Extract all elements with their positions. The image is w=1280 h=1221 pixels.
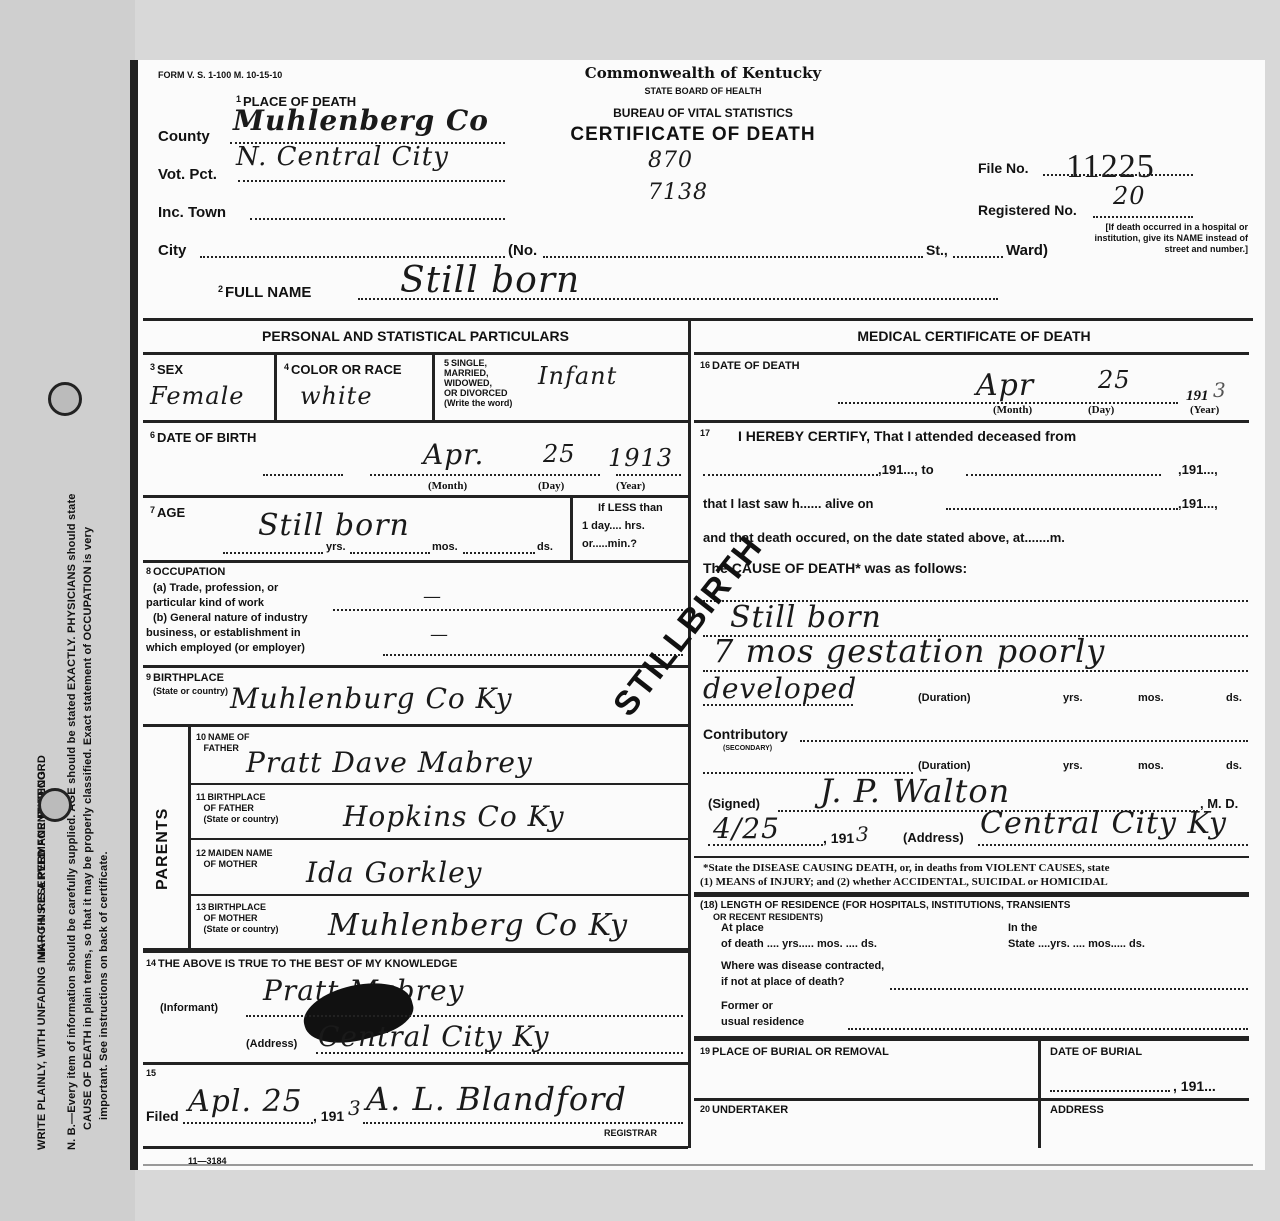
handwritten-number-2: 7138 [648, 180, 708, 205]
certificate-title: CERTIFICATE OF DEATH [528, 124, 858, 146]
instructions-line-1: N. B.—Every item of information should b… [66, 493, 78, 1150]
instructions-line-2: CAUSE OF DEATH in plain terms, so that i… [82, 527, 94, 1130]
color-race-label: 4COLOR OR RACE [284, 362, 402, 377]
sex-label: 3SEX [150, 362, 183, 377]
personal-heading: PERSONAL AND STATISTICAL PARTICULARS [143, 328, 688, 344]
occupation-label: 8OCCUPATION [146, 566, 225, 578]
undertaker-label: 20UNDERTAKER [700, 1104, 788, 1116]
divider [190, 783, 688, 785]
divider [143, 420, 688, 423]
year-caption: (Year) [1190, 404, 1219, 416]
street-line[interactable] [543, 256, 923, 258]
divider [570, 497, 573, 560]
binding-margin: MARGIN RESERVED FOR BINDING WRITE PLAINL… [0, 0, 135, 1221]
mother-maiden-name-value: Ida Gorkley [306, 856, 483, 889]
column-divider [688, 318, 691, 1148]
date-of-death-month: Apr [976, 368, 1034, 403]
ds-caption-2: ds. [1226, 760, 1242, 772]
burial-date-line[interactable] [1050, 1090, 1170, 1092]
sex-value: Female [150, 382, 245, 410]
divider [143, 948, 688, 953]
dob-year: 1913 [608, 444, 673, 472]
cause-footnote-2: (1) MEANS of INJURY; and (2) whether ACC… [700, 876, 1108, 888]
divider [190, 894, 688, 896]
divider [143, 665, 688, 668]
attended-from-year: ,191..., to [878, 462, 934, 477]
filed-label: Filed [146, 1108, 179, 1124]
attended-to-year: ,191..., [1178, 462, 1218, 477]
occupation-a-line[interactable] [333, 609, 683, 611]
occupation-b-value: — [430, 624, 449, 645]
registrar-label: REGISTRAR [604, 1128, 657, 1138]
informant-label: (Informant) [160, 1002, 218, 1014]
divider [694, 1036, 1249, 1041]
filed-date-value: Apl. 25 [188, 1084, 303, 1119]
month-caption: (Month) [993, 404, 1032, 416]
yrs-caption: yrs. [1063, 692, 1083, 704]
vot-pct-line[interactable] [238, 180, 505, 182]
burial-date-label: DATE OF BURIAL [1050, 1046, 1142, 1058]
handwritten-number-1: 870 [648, 148, 693, 173]
cause-footnote-1: *State the DISEASE CAUSING DEATH, or, in… [703, 862, 1109, 874]
residence-heading-2: OR RECENT RESIDENTS) [713, 912, 823, 922]
former-residence-line[interactable] [848, 1028, 1248, 1030]
in-the-label: In the [1008, 922, 1037, 934]
ward-line[interactable] [953, 256, 1003, 258]
full-name-label: 2FULL NAME [218, 284, 311, 301]
signed-date: 4/25 [713, 812, 780, 845]
dob-line[interactable] [263, 474, 343, 476]
divider-top [143, 318, 1253, 321]
dob-month: Apr. [423, 438, 484, 471]
minutes-label: or.....min.? [582, 538, 637, 550]
color-race-value: white [300, 382, 373, 410]
parents-label: PARENTS [154, 808, 172, 890]
burial-date-year: , 191... [1173, 1078, 1216, 1094]
occupation-a-label: (a) Trade, profession, or [153, 582, 278, 594]
physician-signature: J. P. Walton [820, 772, 1010, 810]
county-label: County [158, 128, 210, 145]
undertaker-address-label: ADDRESS [1050, 1104, 1104, 1116]
street-no-label: (No. [508, 242, 537, 259]
attended-from-line[interactable] [703, 474, 878, 476]
age-ds-line[interactable] [463, 552, 535, 554]
filed-year-suffix: 3 [348, 1096, 362, 1120]
last-saw-alive-line[interactable] [946, 508, 1178, 510]
punch-hole-top [48, 382, 82, 416]
registrar-signature: A. L. Blandford [366, 1080, 627, 1118]
mother-birthplace-label: 13BIRTHPLACE OF MOTHER (State or country… [196, 902, 279, 935]
registered-no-line [1093, 216, 1193, 218]
divider [694, 856, 1249, 858]
ds-caption: ds. [537, 541, 553, 553]
dob-year-line[interactable] [616, 474, 681, 476]
duration-line[interactable] [703, 704, 853, 706]
contributory-line[interactable] [800, 740, 1248, 742]
marital-status-value: Infant [538, 362, 617, 390]
instructions-line-3: important. See instructions on back of c… [98, 851, 110, 1120]
mother-maiden-name-label: 12MAIDEN NAME OF MOTHER [196, 848, 273, 870]
residence-heading: (18) LENGTH OF RESIDENCE (FOR HOSPITALS,… [700, 900, 1070, 911]
occupation-b-label: (b) General nature of industry [153, 612, 308, 624]
divider [143, 724, 688, 727]
certify-statement: I HEREBY CERTIFY, That I attended deceas… [738, 428, 1076, 444]
last-saw-alive-year: ,191..., [1178, 496, 1218, 511]
at-place-of-death-duration: of death .... yrs..... mos. .... ds. [721, 938, 877, 950]
date-of-death-label: 16DATE OF DEATH [700, 360, 800, 372]
city-label: City [158, 242, 186, 259]
vot-pct-value: N. Central City [236, 142, 449, 172]
inc-town-label: Inc. Town [158, 204, 226, 221]
file-no-line [1043, 174, 1193, 176]
hospital-note: [If death occurred in a hospital or inst… [1083, 222, 1248, 255]
date-of-death-year-suffix: 3 [1213, 378, 1227, 402]
date-of-death-day: 25 [1098, 366, 1131, 394]
informant-address-label: (Address) [246, 1038, 297, 1050]
registrar-line[interactable] [363, 1122, 683, 1124]
divider [694, 420, 1249, 423]
marital-status-label: 5SINGLE, MARRIED, WIDOWED, OR DIVORCED (… [444, 358, 512, 408]
commonwealth-title: Commonwealth of Kentucky [578, 64, 828, 82]
in-state-duration: State ....yrs. .... mos..... ds. [1008, 938, 1145, 950]
county-value: Muhlenberg Co [233, 104, 489, 137]
birthplace-label: 9BIRTHPLACE [146, 672, 224, 684]
duration-label-2: (Duration) [918, 760, 971, 772]
state-board-title: STATE BOARD OF HEALTH [578, 86, 828, 96]
father-birthplace-label: 11BIRTHPLACE OF FATHER (State or country… [196, 792, 279, 825]
divider [143, 352, 688, 355]
divider [143, 495, 688, 498]
inc-town-line[interactable] [250, 218, 505, 220]
signed-year-suffix: 3 [856, 822, 870, 846]
registered-no-value: 20 [1113, 182, 1146, 210]
divider [432, 354, 435, 420]
day-caption: (Day) [1088, 404, 1114, 416]
city-line[interactable] [200, 256, 505, 258]
filed-date-line[interactable] [183, 1122, 313, 1124]
cause-of-death-line-2: 7 mos gestation poorly [713, 632, 1105, 670]
medical-heading: MEDICAL CERTIFICATE OF DEATH [694, 328, 1254, 344]
physician-address-value: Central City Ky [980, 806, 1227, 841]
informant-address-value: Central City Ky [318, 1020, 550, 1053]
registered-no-label: Registered No. [978, 202, 1077, 218]
where-contracted-label-2: if not at place of death? [721, 976, 844, 988]
bureau-title: BUREAU OF VITAL STATISTICS [558, 106, 848, 120]
ds-caption: ds. [1226, 692, 1242, 704]
physician-address-label: (Address) [903, 830, 964, 845]
age-label: 7AGE [150, 505, 185, 520]
less-than-day-label: If LESS than [598, 502, 663, 514]
yrs-caption-2: yrs. [1063, 760, 1083, 772]
file-no-value: 11225 [1066, 148, 1155, 186]
file-no-label: File No. [978, 160, 1029, 176]
mother-birthplace-value: Muhlenberg Co Ky [328, 908, 628, 943]
mos-caption: mos. [1138, 692, 1164, 704]
signed-label: (Signed) [708, 796, 760, 811]
divider [694, 892, 1249, 897]
street-label: St., [926, 242, 948, 258]
burial-place-label: 19PLACE OF BURIAL OR REMOVAL [700, 1046, 889, 1058]
divider [1038, 1040, 1041, 1148]
occupation-b-line[interactable] [383, 654, 683, 656]
vot-pct-label: Vot. Pct. [158, 166, 217, 183]
ward-label: Ward) [1006, 242, 1048, 259]
age-mos-line[interactable] [350, 552, 430, 554]
month-caption: (Month) [428, 480, 467, 492]
secondary-label: (SECONDARY) [723, 745, 772, 752]
occupation-a-value: — [423, 586, 442, 607]
cause-of-death-line-1: Still born [730, 600, 882, 635]
physician-address-line[interactable] [978, 844, 1248, 846]
yrs-caption: yrs. [326, 541, 346, 553]
full-name-value: Still born [400, 260, 580, 301]
birthplace-value: Muhlenburg Co Ky [230, 682, 513, 715]
punch-hole-bottom [38, 788, 72, 822]
divider [694, 1098, 1249, 1101]
certify-section-num: 17 [700, 428, 710, 438]
dob-day: 25 [543, 440, 576, 468]
form-number: FORM V. S. 1-100 M. 10-15-10 [158, 70, 282, 80]
year-caption: (Year) [616, 480, 645, 492]
father-name-value: Pratt Dave Mabrey [246, 746, 533, 779]
former-residence-label: Former or [721, 1000, 773, 1012]
filed-section-num: 15 [146, 1068, 156, 1078]
dob-label: 6DATE OF BIRTH [150, 430, 256, 445]
where-contracted-label: Where was disease contracted, [721, 960, 884, 972]
attended-to-line[interactable] [966, 474, 1161, 476]
date-of-death-year-prefix: 191 [1186, 388, 1209, 405]
divider [143, 1062, 688, 1065]
occupation-a-label-2: particular kind of work [146, 597, 264, 609]
divider [694, 352, 1249, 355]
day-caption: (Day) [538, 480, 564, 492]
signed-year-prefix: , 191 [823, 830, 854, 846]
occupation-b-label-2: business, or establishment in [146, 627, 301, 639]
birthplace-sublabel: (State or country) [153, 686, 228, 696]
informant-heading: 14THE ABOVE IS TRUE TO THE BEST OF MY KN… [146, 958, 457, 970]
former-residence-label-2: usual residence [721, 1016, 804, 1028]
divider [143, 1146, 688, 1149]
hours-label: 1 day.... hrs. [582, 520, 645, 532]
signed-date-line[interactable] [708, 844, 823, 846]
dob-line[interactable] [370, 474, 600, 476]
duration-label: (Duration) [918, 692, 971, 704]
divider [274, 354, 277, 420]
where-contracted-line[interactable] [890, 988, 1248, 990]
father-birthplace-value: Hopkins Co Ky [343, 800, 565, 833]
full-name-line[interactable] [358, 298, 998, 300]
mos-caption: mos. [432, 541, 458, 553]
death-certificate-form: FORM V. S. 1-100 M. 10-15-10 Commonwealt… [135, 60, 1265, 1170]
last-saw-alive-label: that I last saw h...... alive on [703, 496, 874, 511]
contributory-label: Contributory [703, 726, 788, 742]
divider [143, 560, 688, 563]
cause-of-death-line-3: developed [703, 672, 857, 705]
at-place-label: At place [721, 922, 764, 934]
occupation-b-label-3: which employed (or employer) [146, 642, 305, 654]
informant-line[interactable] [246, 1015, 683, 1017]
filed-year-prefix: , 191 [313, 1108, 344, 1124]
divider [190, 838, 688, 840]
age-value: Still born [258, 508, 410, 543]
father-name-label: 10NAME OF FATHER [196, 732, 250, 754]
form-bottom-border [143, 1164, 1253, 1166]
informant-address-line[interactable] [316, 1052, 683, 1054]
age-yrs-line[interactable] [223, 552, 323, 554]
mos-caption-2: mos. [1138, 760, 1164, 772]
